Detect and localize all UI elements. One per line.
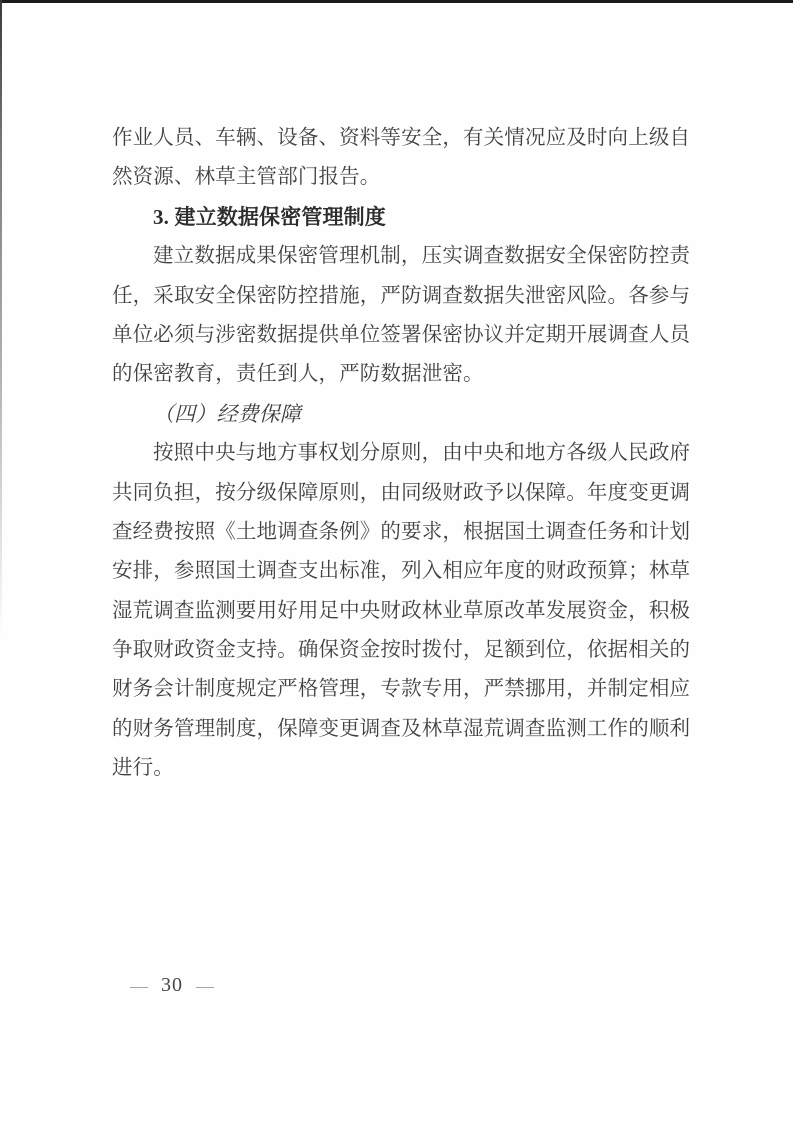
text-line: 湿荒调查监测要用好用足中央财政林业草原改革发展资金，积极 bbox=[112, 592, 690, 631]
document-page: { "colors": { "background": "#fefefe", "… bbox=[0, 0, 793, 1123]
footer-dash-left: — bbox=[130, 977, 148, 995]
page-number: 30 bbox=[161, 974, 183, 997]
text-line: 财务会计制度规定严格管理，专款专用，严禁挪用，并制定相应 bbox=[112, 670, 690, 709]
text-line: （四）经费保障 bbox=[112, 395, 690, 434]
heading-3-data-secrecy: 3. 建立数据保密管理制度 bbox=[112, 198, 690, 237]
scan-artifact-top-edge bbox=[0, 0, 793, 3]
text-line: 然资源、林草主管部门报告。 bbox=[112, 158, 690, 197]
text-line: 安排，参照国土调查支出标准，列入相应年度的财政预算；林草 bbox=[112, 552, 690, 591]
scan-artifact-left-edge bbox=[0, 0, 2, 640]
page-footer: — 30 — bbox=[130, 974, 214, 997]
text-line: 进行。 bbox=[112, 749, 690, 788]
heading-4-funding-guarantee: （四）经费保障 bbox=[112, 395, 690, 434]
text-block: 作业人员、车辆、设备、资料等安全，有关情况应及时向上级自然资源、林草主管部门报告… bbox=[112, 119, 690, 789]
text-line: 查经费按照《土地调查条例》的要求，根据国土调查任务和计划 bbox=[112, 513, 690, 552]
para-secrecy-body: 建立数据成果保密管理机制，压实调查数据安全保密防控责任，采取安全保密防控措施，严… bbox=[112, 237, 690, 395]
text-line: 的财务管理制度，保障变更调查及林草湿荒调查监测工作的顺利 bbox=[112, 710, 690, 749]
text-line: 争取财政资金支持。确保资金按时拨付，足额到位，依据相关的 bbox=[112, 631, 690, 670]
para-funding-body: 按照中央与地方事权划分原则，由中央和地方各级人民政府共同负担，按分级保障原则，由… bbox=[112, 434, 690, 789]
text-line: 的保密教育，责任到人，严防数据泄密。 bbox=[112, 355, 690, 394]
footer-dash-right: — bbox=[196, 977, 214, 995]
text-line: 3. 建立数据保密管理制度 bbox=[112, 198, 690, 237]
para-continuation-safety: 作业人员、车辆、设备、资料等安全，有关情况应及时向上级自然资源、林草主管部门报告… bbox=[112, 119, 690, 198]
text-line: 建立数据成果保密管理机制，压实调查数据安全保密防控责 bbox=[112, 237, 690, 276]
text-line: 按照中央与地方事权划分原则，由中央和地方各级人民政府 bbox=[112, 434, 690, 473]
text-line: 共同负担，按分级保障原则，由同级财政予以保障。年度变更调 bbox=[112, 474, 690, 513]
text-line: 作业人员、车辆、设备、资料等安全，有关情况应及时向上级自 bbox=[112, 119, 690, 158]
text-line: 任，采取安全保密防控措施，严防调查数据失泄密风险。各参与 bbox=[112, 277, 690, 316]
text-line: 单位必须与涉密数据提供单位签署保密协议并定期开展调查人员 bbox=[112, 316, 690, 355]
